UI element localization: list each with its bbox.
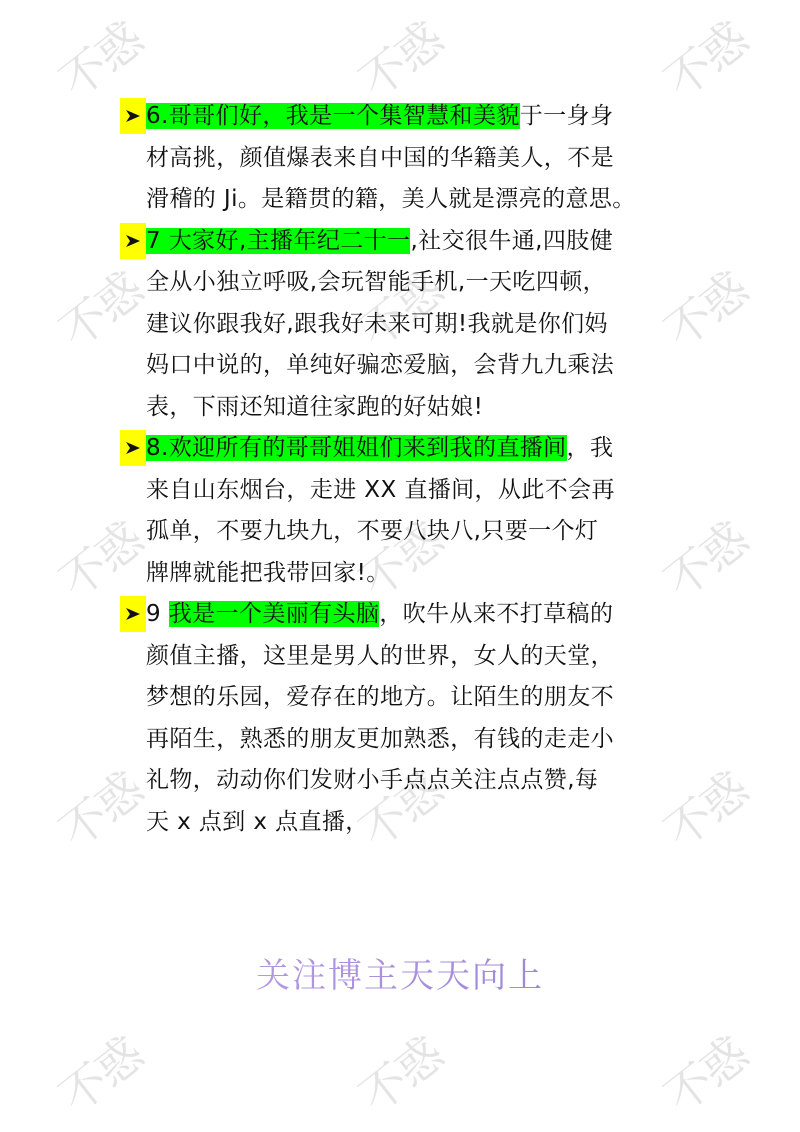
text-line: 梦想的乐园，爱存在的地方。让陌生的朋友不 (146, 677, 690, 719)
text-line: 颜值主播，这里是男人的世界，女人的天堂， (146, 636, 690, 678)
footer-slogan: 关注博主天天向上 (0, 948, 800, 997)
arrow-bullet-icon (120, 98, 146, 134)
arrow-bullet-icon (120, 430, 146, 466)
text-line: ，吹牛从来不打草稿的 (379, 601, 613, 627)
list-item: 9 我是一个美丽有头脑，吹牛从来不打草稿的 颜值主播，这里是男人的世界，女人的天… (120, 594, 690, 843)
text-line: 于一身身 (520, 103, 614, 129)
text-line: 全从小独立呼吸,会玩智能手机,一天吃四顿， (146, 262, 690, 304)
text-line: 再陌生，熟悉的朋友更加熟悉，有钱的走走小 (146, 719, 690, 761)
highlighted-text: 8.欢迎所有的哥哥姐姐们来到我的直播间 (146, 435, 567, 461)
text-line: 滑稽的 Ji。是籍贯的籍，美人就是漂亮的意思。 (146, 179, 690, 221)
watermark-text: 不惑 (44, 1020, 154, 1126)
watermark-text: 不惑 (344, 1020, 454, 1126)
arrow-bullet-icon (120, 596, 146, 632)
document-body: 6.哥哥们好，我是一个集智慧和美貌于一身身 材高挑，颜值爆表来自中国的华籍美人，… (120, 96, 690, 843)
text-line: 礼物，动动你们发财小手点点关注点点赞,每 (146, 760, 690, 802)
list-item: 7 大家好,主播年纪二十一,社交很牛通,四肢健 全从小独立呼吸,会玩智能手机,一… (120, 221, 690, 429)
text-line: 建议你跟我好,跟我好未来可期!我就是你们妈 (146, 304, 690, 346)
highlighted-text: 我是一个美丽有头脑 (169, 601, 380, 627)
arrow-bullet-icon (120, 223, 146, 259)
text-line: 表，下雨还知道往家跑的好姑娘! (146, 387, 690, 429)
text-line: 孤单，不要九块九，不要八块八,只要一个灯 (146, 511, 690, 553)
text-line: 来自山东烟台，走进 XX 直播间，从此不会再 (146, 470, 690, 512)
text-line: 妈口中说的，单纯好骗恋爱脑，会背九九乘法 (146, 345, 690, 387)
list-item: 6.哥哥们好，我是一个集智慧和美貌于一身身 材高挑，颜值爆表来自中国的华籍美人，… (120, 96, 690, 221)
highlighted-text: 6.哥哥们好，我是一个集智慧和美貌 (146, 103, 520, 129)
highlighted-text: 7 大家好,主播年纪二十一 (146, 228, 410, 254)
text-line: 牌牌就能把我带回家!。 (146, 553, 690, 595)
text-line: ,社交很牛通,四肢健 (410, 228, 613, 254)
list-item: 8.欢迎所有的哥哥姐姐们来到我的直播间，我 来自山东烟台，走进 XX 直播间，从… (120, 428, 690, 594)
text-line: ，我 (567, 435, 614, 461)
watermark-text: 不惑 (649, 1020, 759, 1126)
text-line: 材高挑，颜值爆表来自中国的华籍美人，不是 (146, 138, 690, 180)
text-line: 天 x 点到 x 点直播， (146, 802, 690, 844)
item-number: 9 (146, 601, 169, 627)
